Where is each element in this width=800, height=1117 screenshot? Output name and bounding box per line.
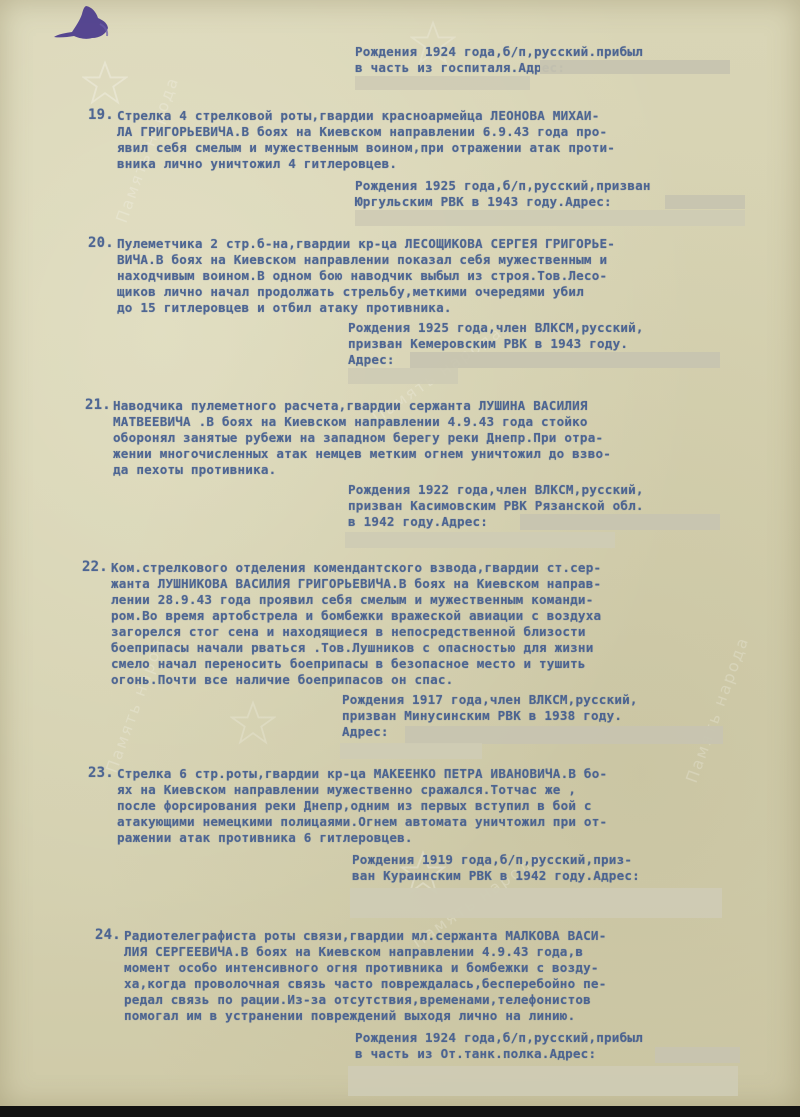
entry-body-line: Стрелка 6 стр.роты,гвардии кр-ца МАКЕЕНК… [117,766,607,782]
watermark-text: Память народа [682,634,753,786]
entry-bio-line: Рождения 1917 года,член ВЛКСМ,русский, [342,692,638,708]
redacted-address [540,60,730,74]
entry-bio-line: призван Минусинским РВК в 1938 году. [342,708,622,724]
entry-bio-line: призван Кемеровским РВК в 1943 году. [348,336,628,352]
entry-body-line: МАТВЕЕВИЧА .В боях на Киевском направлен… [113,414,588,430]
entry-body-line: загорелся стог сена и находящиеся в непо… [111,624,586,640]
entry-number: 23. [88,766,114,782]
entry-number: 21. [85,398,111,414]
entry-body-line: боеприпасы начали рваться .Тов.Лушников … [111,640,594,656]
scan-bottom-edge [0,1106,800,1117]
entry-body-line: до 15 гитлеровцев и отбил атаку противни… [117,300,452,316]
entry-bio-line: ван Кураинским РВК в 1942 году.Адрес: [352,868,640,884]
entry-body-line: Пулеметчика 2 стр.б-на,гвардии кр-ца ЛЕС… [117,236,615,252]
entry-body-line: огонь.Почти все наличие боеприпасов он с… [111,672,453,688]
watermark-star-icon [230,700,276,746]
entry-bio-line: Юргульским РВК в 1943 году.Адрес: [355,194,612,210]
entry-body-line: да пехоты противника. [113,462,276,478]
entry-bio-line: Рождения 1919 года,б/п,русский,приз- [352,852,632,868]
redacted-address [355,210,745,226]
entry-body-line: явил себя смелым и мужественным воином,п… [117,140,615,156]
entry-body-line: ЛИЯ СЕРГЕЕВИЧА.В боях на Киевском направ… [124,944,583,960]
redacted-address [655,1047,740,1063]
entry-number: 22. [82,560,108,576]
redacted-address [405,726,723,744]
redacted-address [345,532,615,548]
entry-body-line: ха,когда проволочная связь часто поврежд… [124,976,607,992]
entry-body-line: смело начал переносить боеприпасы в безо… [111,656,586,672]
entry-body-line: ЛА ГРИГОРЬЕВИЧА.В боях на Киевском напра… [117,124,607,140]
entry-bio-line: Рождения 1925 года,б/п,русский,призван [355,178,651,194]
entry-body-line: щиков лично начал продолжать стрельбу,ме… [117,284,584,300]
entry-body-line: Наводчика пулеметного расчета,гвардии се… [113,398,588,414]
entry-body-line: ром.Во время артобстрела и бомбежки враж… [111,608,601,624]
redacted-address [355,76,530,90]
continuation-bio-line: в часть из госпиталя.Адрес: [355,60,565,76]
entry-body-line: после форсирования реки Днепр,одним из п… [117,798,592,814]
entry-bio-line: Адрес: [342,724,389,740]
entry-body-line: Стрелка 4 стрелковой роты,гвардии красно… [117,108,600,124]
entry-bio-line: в 1942 году.Адрес: [348,514,488,530]
ink-blot-icon [52,4,112,44]
entry-body-line: находчивым воином.В одном бою наводчик в… [117,268,607,284]
entry-bio-line: Рождения 1922 года,член ВЛКСМ,русский, [348,482,644,498]
entry-body-line: жанта ЛУШНИКОВА ВАСИЛИЯ ГРИГОРЬЕВИЧА.В б… [111,576,601,592]
entry-bio-line: Адрес: [348,352,395,368]
redacted-address [340,743,482,759]
entry-body-line: жении многочисленных атак немцев метким … [113,446,611,462]
entry-body-line: Ком.стрелкового отделения комендантского… [111,560,601,576]
redacted-address [520,514,720,530]
entry-number: 20. [88,236,114,252]
redacted-address [350,888,722,918]
entry-body-line: редал связь по рации.Из-за отсутствия,вр… [124,992,591,1008]
entry-bio-line: призван Касимовским РВК Рязанской обл. [348,498,644,514]
watermark-star-icon [82,60,128,106]
redacted-address [665,195,745,209]
entry-number: 19. [88,108,114,124]
entry-body-line: вника лично уничтожил 4 гитлеровцев. [117,156,397,172]
entry-body-line: момент особо интенсивного огня противник… [124,960,599,976]
entry-body-line: ВИЧА.В боях на Киевском направлении пока… [117,252,607,268]
entry-number: 24. [95,928,121,944]
entry-body-line: помогал им в устранении повреждений выхо… [124,1008,575,1024]
continuation-bio-line: Рождения 1924 года,б/п,русский.прибыл [355,44,643,60]
entry-bio-line: Рождения 1925 года,член ВЛКСМ,русский, [348,320,644,336]
entry-body-line: оборонял занятые рубежи на западном бере… [113,430,603,446]
entry-body-line: ражении атак противника 6 гитлеровцев. [117,830,413,846]
entry-body-line: Радиотелеграфиста роты связи,гвардии мл.… [124,928,607,944]
entry-bio-line: в часть из От.танк.полка.Адрес: [355,1046,596,1062]
entry-body-line: ях на Киевском направлении мужественно с… [117,782,576,798]
redacted-address [348,368,458,384]
entry-body-line: атакующими немецкими полицаями.Огнем авт… [117,814,607,830]
entry-body-line: лении 28.9.43 года проявил себя смелым и… [111,592,594,608]
document-page: Память народа Память народа Память народ… [0,0,800,1108]
redacted-address [410,352,720,368]
redacted-address [348,1066,738,1096]
entry-bio-line: Рождения 1924 года,б/п,русский,прибыл [355,1030,643,1046]
